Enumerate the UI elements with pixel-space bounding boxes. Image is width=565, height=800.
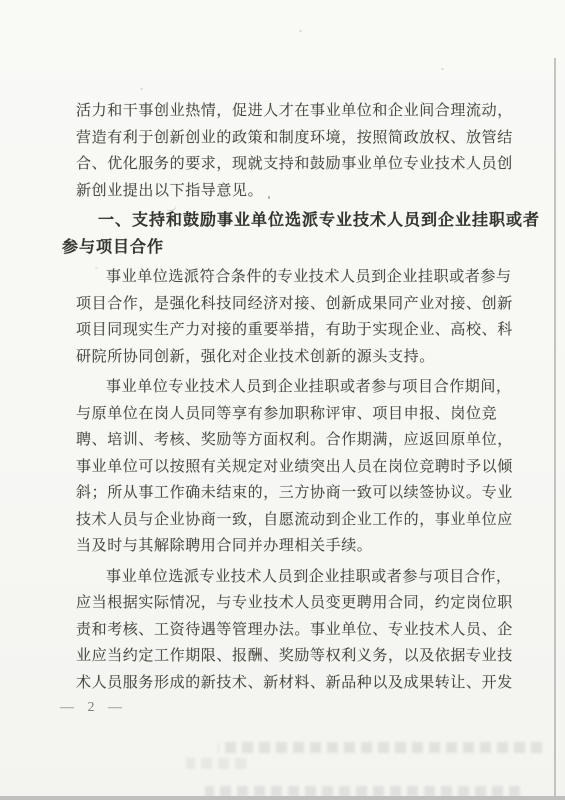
text-line: 术人员服务形成的新技术、新材料、新品种以及成果转让、开发 <box>76 670 528 697</box>
section-heading: 一、支持和鼓励事业单位选派专业技术人员到企业挂职或者 参与项目合作 <box>76 208 528 261</box>
text-line: 聘、培训、考核、奖励等方面权利。合作期满，应返回原单位， <box>76 427 528 454</box>
text-line: 营造有利于创新创业的政策和制度环境，按照简政放权、放管结 <box>76 125 528 152</box>
text-line: 合、优化服务的要求，现就支持和鼓励事业单位专业技术人员创 <box>76 151 528 178</box>
text-line: 事业单位选派符合条件的专业技术人员到企业挂职或者参与 <box>76 264 528 291</box>
text-line: 新创业提出以下指导意见。 <box>76 178 528 205</box>
ink-dot <box>268 196 270 199</box>
scanned-document-page: 活力和干事创业热情，促进人才在事业单位和企业间合理流动， 营造有利于创新创业的政… <box>0 0 565 800</box>
paragraph: 事业单位选派专业技术人员到企业挂职或者参与项目合作， 应当根据实际情况，与专业技… <box>76 564 528 697</box>
paragraph-continuation: 活力和干事创业热情，促进人才在事业单位和企业间合理流动， 营造有利于创新创业的政… <box>76 98 528 204</box>
text-line: 事业单位选派专业技术人员到企业挂职或者参与项目合作， <box>76 564 528 591</box>
text-line: 项目合作，是强化科技同经济对接、创新成果同产业对接、创新 <box>76 291 528 318</box>
scan-speckle <box>95 267 98 269</box>
text-line: 事业单位可以按照有关规定对业绩突出人员在岗位竞聘时予以倾 <box>76 454 528 481</box>
page-edge-shadow-bottom <box>0 796 565 800</box>
text-line: 与原单位在岗人员同等享有参加职称评审、项目申报、岗位竞 <box>76 401 528 428</box>
document-text-block: 活力和干事创业热情，促进人才在事业单位和企业间合理流动， 营造有利于创新创业的政… <box>76 98 528 716</box>
text-line: 研院所协同创新，强化对企业技术创新的源头支持。 <box>76 344 528 371</box>
text-line: 斜；所从事工作确未结束的，三方协商一致可以续签协议。专业 <box>76 480 528 507</box>
text-line: 技术人员与企业协商一致，自愿流动到企业工作的，事业单位应 <box>76 507 528 534</box>
heading-line: 一、支持和鼓励事业单位选派专业技术人员到企业挂职或者 <box>76 208 528 235</box>
text-line: 责和考核、工资待遇等管理办法。事业单位、专业技术人员、企 <box>76 617 528 644</box>
bleed-through-text-row <box>218 742 542 753</box>
page-number: — 2 — <box>60 700 528 716</box>
paragraph: 事业单位选派符合条件的专业技术人员到企业挂职或者参与 项目合作，是强化科技同经济… <box>76 264 528 370</box>
paragraph: 事业单位专业技术人员到企业挂职或者参与项目合作期间， 与原单位在岗人员同等享有参… <box>76 374 528 560</box>
text-line: 活力和干事创业热情，促进人才在事业单位和企业间合理流动， <box>76 98 528 125</box>
text-line: 应当根据实际情况，与专业技术人员变更聘用合同，约定岗位职 <box>76 590 528 617</box>
text-line: 事业单位专业技术人员到企业挂职或者参与项目合作期间， <box>76 374 528 401</box>
scan-speckle <box>441 68 444 70</box>
text-line: 当及时与其解除聘用合同并办理相关手续。 <box>76 533 528 560</box>
scan-speckle <box>140 88 143 90</box>
heading-line: 参与项目合作 <box>62 235 528 262</box>
scan-speckle <box>299 30 302 32</box>
page-edge-shadow-right <box>554 58 556 800</box>
text-line: 业应当约定工作期限、报酬、奖励等权利义务，以及依据专业技 <box>76 643 528 670</box>
text-line: 项目同现实生产力对接的重要举措，有助于实现企业、高校、科 <box>76 317 528 344</box>
bleed-through-text-row <box>186 758 246 769</box>
